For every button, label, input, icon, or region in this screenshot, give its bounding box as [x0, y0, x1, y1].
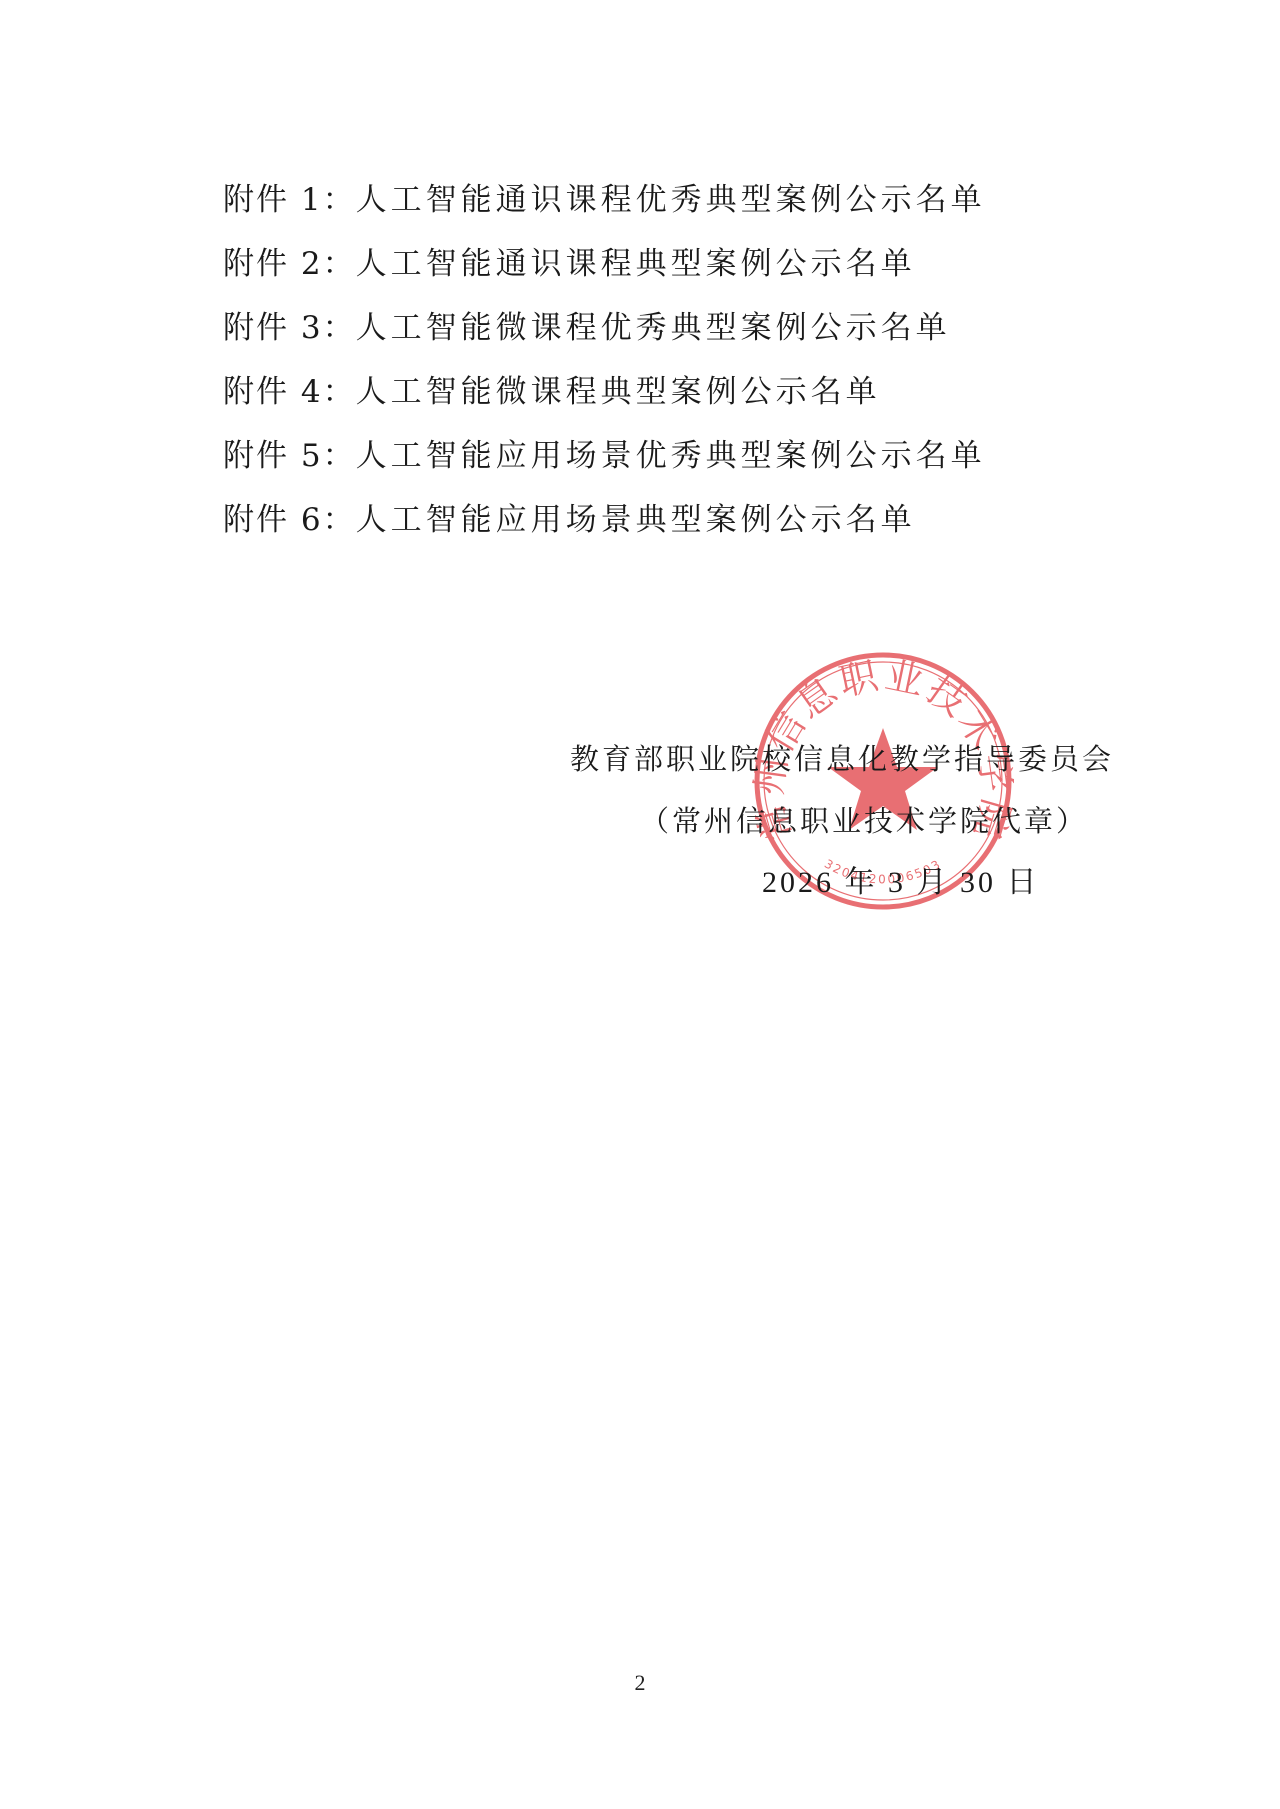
page-number: 2 — [0, 1670, 1280, 1696]
attachment-label: 附件 5： — [223, 438, 356, 474]
signature-block: 教育部职业院校信息化教学指导委员会 （常州信息职业技术学院代章） 2026 年 … — [570, 728, 1130, 914]
attachment-label: 附件 6： — [223, 502, 356, 538]
attachment-title: 人工智能微课程优秀典型案例公示名单 — [356, 310, 951, 346]
attachment-item-5: 附件 5：人工智能应用场景优秀典型案例公示名单 — [223, 424, 986, 488]
attachment-item-2: 附件 2：人工智能通识课程典型案例公示名单 — [223, 232, 986, 296]
attachment-title: 人工智能通识课程典型案例公示名单 — [356, 246, 916, 282]
attachment-item-1: 附件 1：人工智能通识课程优秀典型案例公示名单 — [223, 168, 986, 232]
attachment-title: 人工智能微课程典型案例公示名单 — [356, 374, 881, 410]
attachment-label: 附件 4： — [223, 374, 356, 410]
attachment-label: 附件 2： — [223, 246, 356, 282]
attachment-label: 附件 3： — [223, 310, 356, 346]
attachment-item-6: 附件 6：人工智能应用场景典型案例公示名单 — [223, 488, 986, 552]
issue-date: 2026 年 3 月 30 日 — [570, 852, 1130, 914]
attachment-list: 附件 1：人工智能通识课程优秀典型案例公示名单 附件 2：人工智能通识课程典型案… — [223, 168, 986, 552]
attachment-title: 人工智能应用场景典型案例公示名单 — [356, 502, 916, 538]
attachment-item-3: 附件 3：人工智能微课程优秀典型案例公示名单 — [223, 296, 986, 360]
attachment-title: 人工智能应用场景优秀典型案例公示名单 — [356, 438, 986, 474]
issuing-organization: 教育部职业院校信息化教学指导委员会 — [570, 728, 1130, 790]
attachment-title: 人工智能通识课程优秀典型案例公示名单 — [356, 182, 986, 218]
proxy-seal-note: （常州信息职业技术学院代章） — [570, 790, 1130, 852]
attachment-label: 附件 1： — [223, 182, 356, 218]
attachment-item-4: 附件 4：人工智能微课程典型案例公示名单 — [223, 360, 986, 424]
